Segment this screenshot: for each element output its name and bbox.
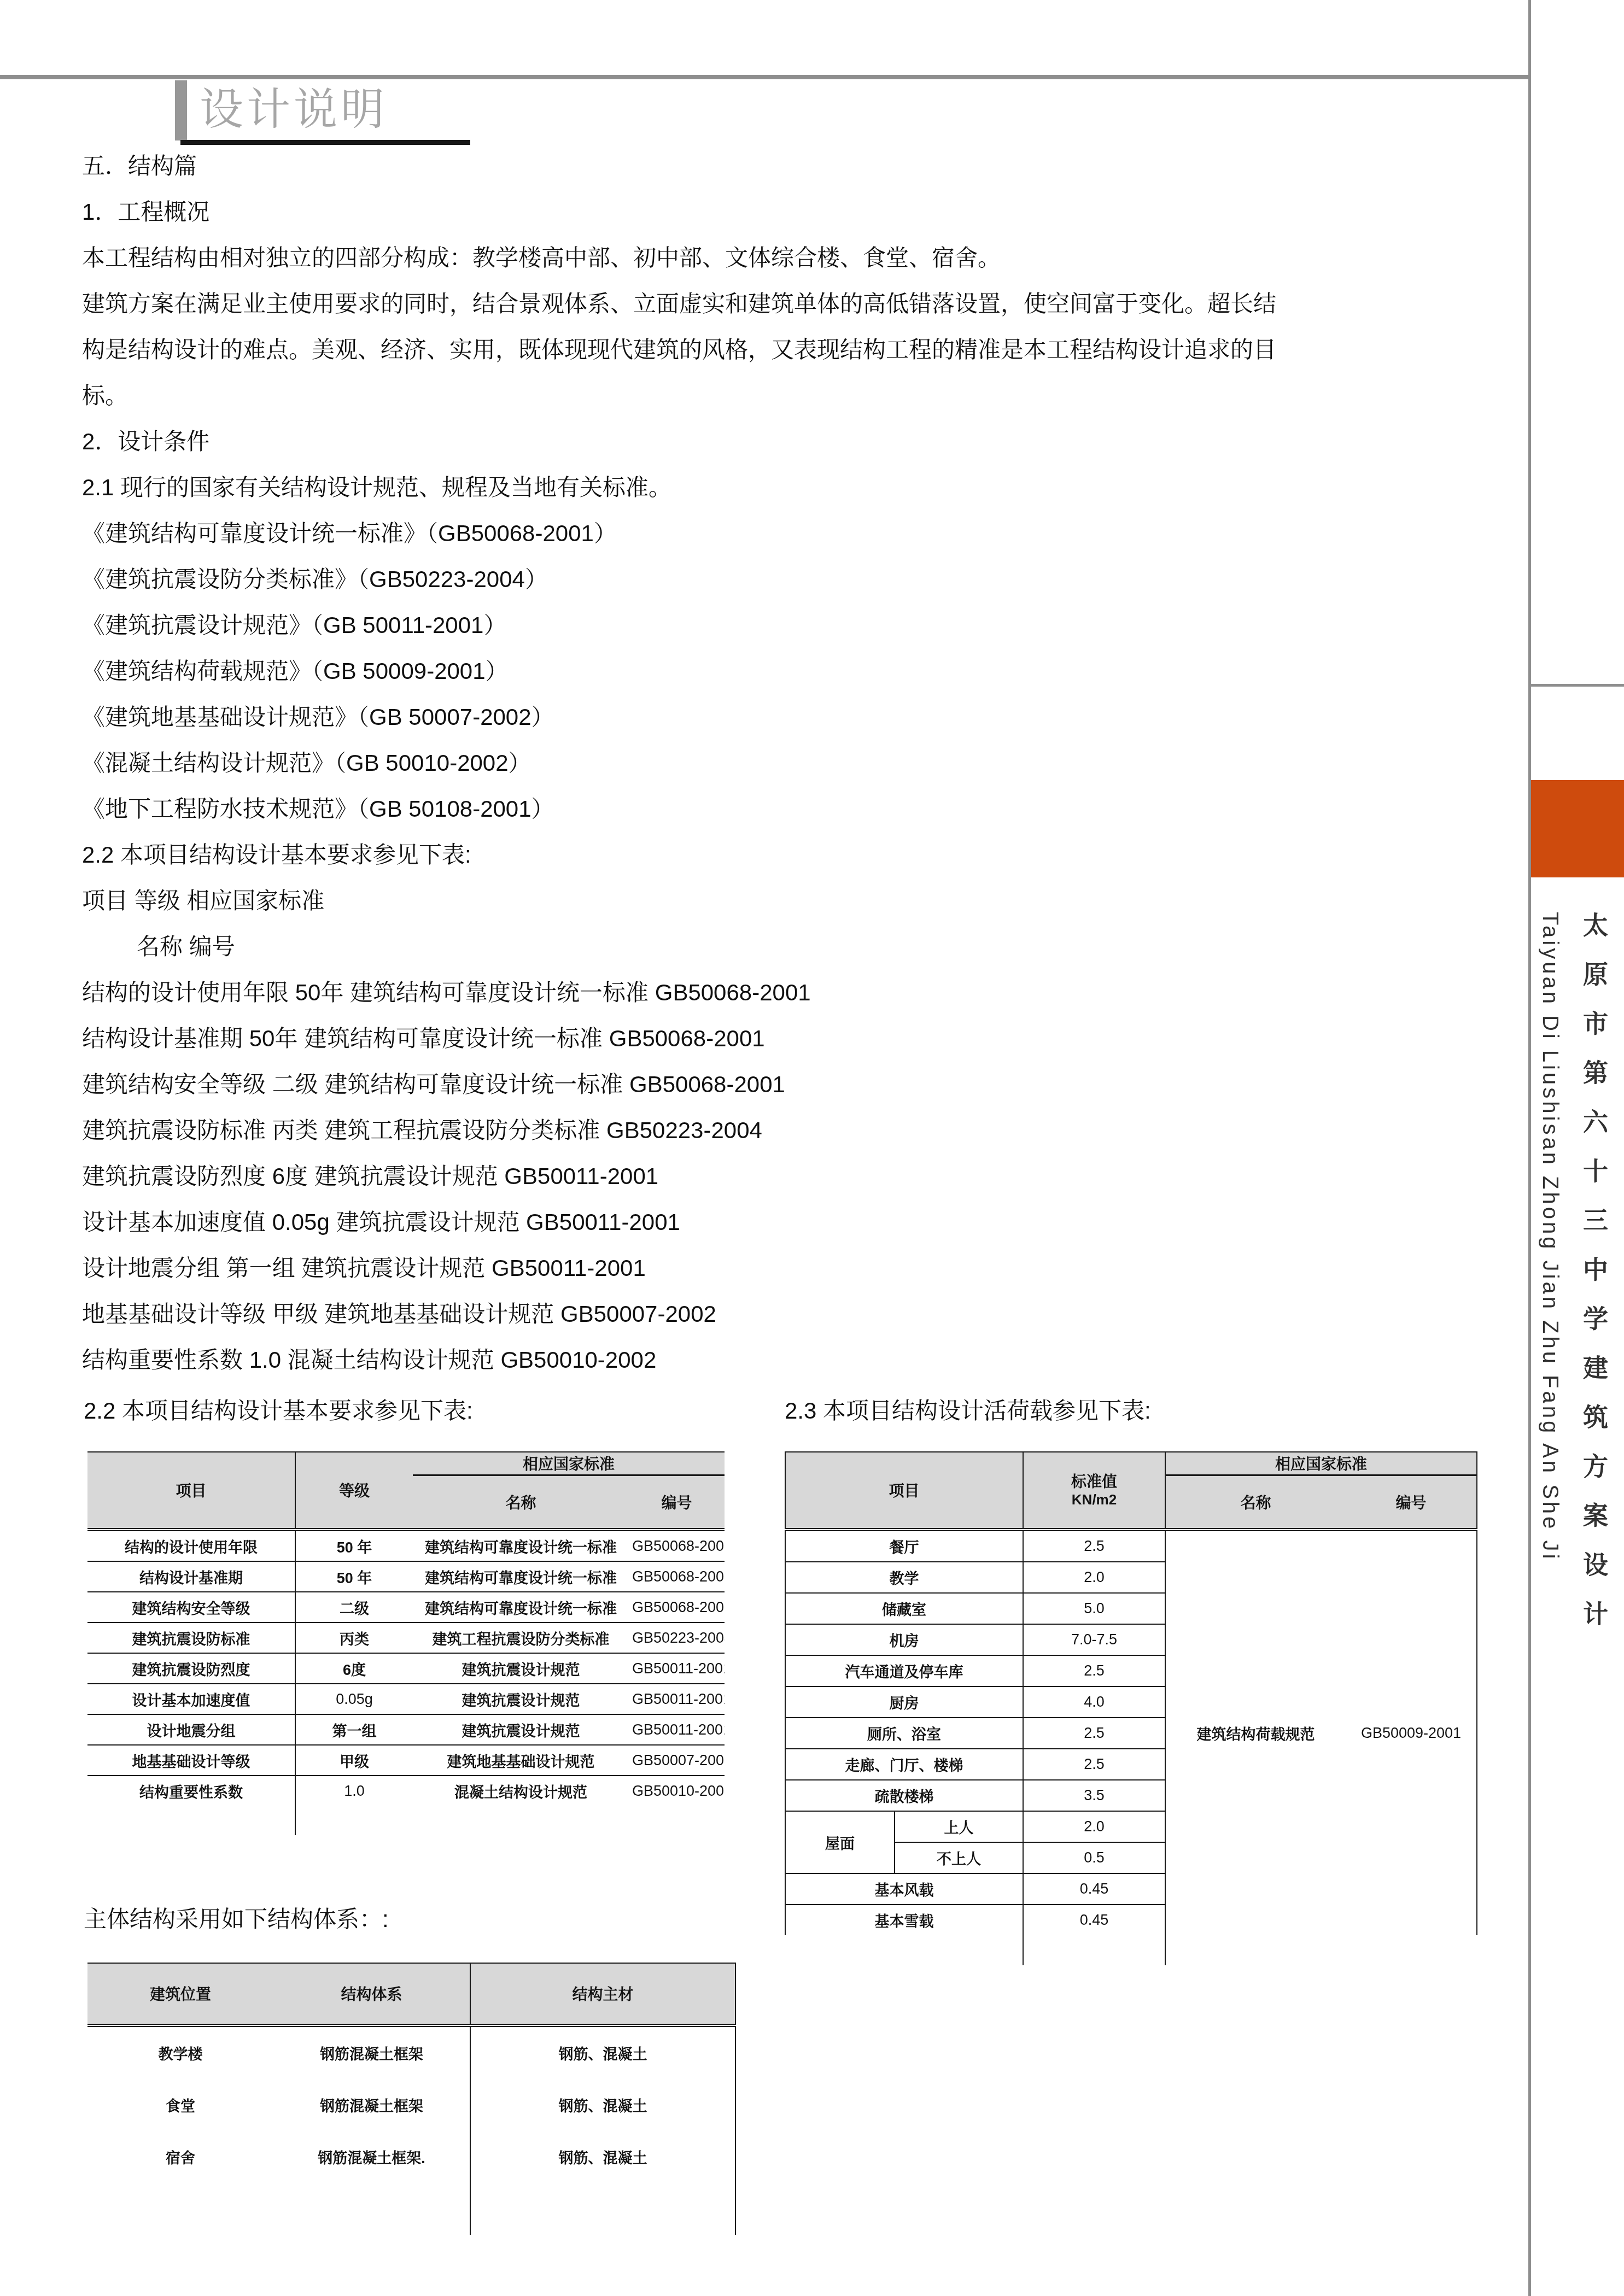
name-cell: 建筑抗震设计规范	[413, 1714, 629, 1745]
sidebar-divider	[1528, 0, 1531, 2296]
load-item-cell: 厕所、浴室	[785, 1718, 1023, 1749]
section-heading-left: 2.2 本项目结构设计基本要求参见下表:	[84, 1393, 473, 1426]
table-tail	[87, 1806, 725, 1835]
text-line: 《混凝土结构设计规范》（GB 50010-2002）	[82, 740, 1526, 786]
col-header-standard: 相应国家标准	[413, 1452, 725, 1475]
standard-number-cell: GB50009-2001	[1346, 1530, 1477, 1935]
load-value-cell: 3.5	[1023, 1780, 1165, 1811]
grade-cell: 50 年	[295, 1530, 413, 1561]
grade-cell: 50 年	[295, 1561, 413, 1592]
sidebar-title-pinyin: Taiyuan Di Liushisan Zhong Jian Zhu Fang…	[1538, 912, 1562, 1561]
load-value-cell: 2.0	[1023, 1811, 1165, 1842]
load-item-cell: 汽车通道及停车库	[785, 1655, 1023, 1686]
load-value-cell: 2.0	[1023, 1562, 1165, 1593]
roof-cell: 屋面	[785, 1811, 895, 1873]
tail-cell	[629, 1806, 725, 1835]
tail-cell	[413, 1806, 629, 1835]
number-cell: GB50068-2001	[629, 1530, 725, 1561]
table-row: 结构设计基准期 50 年 建筑结构可靠度设计统一标准 GB50068-2001	[87, 1561, 725, 1592]
sidebar-title-cn: 太原市第六十三中学建筑方案设计	[1576, 912, 1612, 1650]
position-cell: 宿舍	[87, 2131, 273, 2183]
tail-cell	[785, 1935, 1023, 1965]
number-cell: GB50010-2002	[629, 1776, 725, 1806]
item-cell: 建筑抗震设防烈度	[87, 1653, 295, 1684]
roof-sub-cell: 上人	[895, 1811, 1023, 1842]
text-line: 名称 编号	[82, 924, 1526, 970]
load-item-cell: 基本风载	[785, 1873, 1023, 1905]
grade-cell: 6度	[295, 1653, 413, 1684]
material-cell: 钢筋、混凝土	[470, 2131, 735, 2183]
load-value-cell: 2.5	[1023, 1718, 1165, 1749]
sidebar-horizontal-rule	[1528, 684, 1624, 687]
text-line: 项目 等级 相应国家标准	[82, 878, 1526, 924]
text-line: 建筑抗震设防标准 丙类 建筑工程抗震设防分类标准 GB50223-2004	[82, 1108, 1526, 1153]
tail-cell	[87, 1806, 295, 1835]
document-page: 设计说明 五．结构篇 1．工程概况 本工程结构由相对独立的四部分构成：教学楼高中…	[0, 0, 1624, 2296]
load-item-cell: 机房	[785, 1624, 1023, 1655]
tail-cell	[1023, 1935, 1165, 1965]
name-cell: 建筑抗震设计规范	[413, 1684, 629, 1714]
number-cell: GB50011-2001	[629, 1714, 725, 1745]
col-header-item: 项目	[785, 1452, 1023, 1530]
section-heading-right: 2.3 本项目结构设计活荷载参见下表:	[785, 1393, 1151, 1426]
text-line: 2.1 现行的国家有关结构设计规范、规程及当地有关标准。	[82, 465, 1526, 511]
text-line: 结构设计基准期 50年 建筑结构可靠度设计统一标准 GB50068-2001	[82, 1016, 1526, 1062]
table-row: 结构重要性系数 1.0 混凝土结构设计规范 GB50010-2002	[87, 1776, 725, 1806]
text-line: 《建筑结构可靠度设计统一标准》（GB50068-2001）	[82, 511, 1526, 557]
material-cell: 钢筋、混凝土	[470, 2025, 735, 2079]
text-line: 结构重要性系数 1.0 混凝土结构设计规范 GB50010-2002	[82, 1337, 1526, 1383]
load-item-cell: 基本雪载	[785, 1905, 1023, 1935]
load-value-cell: 0.5	[1023, 1842, 1165, 1873]
grade-cell: 丙类	[295, 1623, 413, 1653]
load-value-cell: 7.0-7.5	[1023, 1624, 1165, 1655]
col-header-name: 名称	[1165, 1475, 1346, 1530]
name-cell: 建筑结构可靠度设计统一标准	[413, 1592, 629, 1623]
number-cell: GB50011-2001	[629, 1684, 725, 1714]
requirements-table: 项目 等级 相应国家标准 名称 编号 结构的设计使用年限 50 年 建筑结构可靠…	[87, 1451, 725, 1835]
name-cell: 建筑抗震设计规范	[413, 1653, 629, 1684]
structure-system-table: 建筑位置 结构体系 结构主材 教学楼 钢筋混凝土框架 钢筋、混凝土 食堂 钢筋混…	[87, 1963, 736, 2235]
table-row: 建筑抗震设防标准 丙类 建筑工程抗震设防分类标准 GB50223-2004	[87, 1623, 725, 1653]
grade-cell: 第一组	[295, 1714, 413, 1745]
name-cell: 建筑结构可靠度设计统一标准	[413, 1561, 629, 1592]
text-line: 本工程结构由相对独立的四部分构成：教学楼高中部、初中部、文体综合楼、食堂、宿舍。	[82, 235, 1526, 281]
col-header-grade: 等级	[295, 1452, 413, 1530]
tail-cell	[273, 2183, 470, 2235]
title-accent-bar	[175, 80, 187, 140]
text-line: 设计基本加速度值 0.05g 建筑抗震设计规范 GB50011-2001	[82, 1199, 1526, 1245]
position-cell: 食堂	[87, 2079, 273, 2131]
item-cell: 结构重要性系数	[87, 1776, 295, 1806]
grade-cell: 1.0	[295, 1776, 413, 1806]
item-cell: 地基基础设计等级	[87, 1745, 295, 1776]
item-cell: 结构设计基准期	[87, 1561, 295, 1592]
table-row: 地基基础设计等级 甲级 建筑地基基础设计规范 GB50007-2002	[87, 1745, 725, 1776]
position-cell: 教学楼	[87, 2025, 273, 2079]
grade-cell: 0.05g	[295, 1684, 413, 1714]
number-cell: GB50068-2001	[629, 1592, 725, 1623]
material-cell: 钢筋、混凝土	[470, 2079, 735, 2131]
item-cell: 建筑结构安全等级	[87, 1592, 295, 1623]
load-item-cell: 餐厅	[785, 1530, 1023, 1562]
table-row: 食堂 钢筋混凝土框架 钢筋、混凝土	[87, 2079, 735, 2131]
table-tail	[785, 1935, 1477, 1965]
col-header-standard: 相应国家标准	[1165, 1452, 1477, 1475]
tail-cell	[470, 2183, 735, 2235]
text-line: 建筑结构安全等级 二级 建筑结构可靠度设计统一标准 GB50068-2001	[82, 1062, 1526, 1108]
number-cell: GB50223-2004	[629, 1623, 725, 1653]
table-header-row: 建筑位置 结构体系 结构主材	[87, 1963, 735, 2025]
load-value-cell: 4.0	[1023, 1686, 1165, 1718]
system-cell: 钢筋混凝土框架	[273, 2025, 470, 2079]
load-value-cell: 0.45	[1023, 1905, 1165, 1935]
number-cell: GB50011-2001	[629, 1653, 725, 1684]
text-line: 构是结构设计的难点。美观、经济、实用，既体现现代建筑的风格，又表现结构工程的精准…	[82, 327, 1526, 373]
table-row: 建筑结构安全等级 二级 建筑结构可靠度设计统一标准 GB50068-2001	[87, 1592, 725, 1623]
page-title: 设计说明	[200, 82, 388, 137]
text-line: 《建筑抗震设防分类标准》（GB50223-2004）	[82, 557, 1526, 602]
number-cell: GB50007-2002	[629, 1745, 725, 1776]
col-header-value: 标准值 KN/m2	[1023, 1452, 1165, 1530]
table-tail	[87, 2183, 735, 2235]
load-value-cell: 2.5	[1023, 1749, 1165, 1780]
text-line: 建筑方案在满足业主使用要求的同时，结合景观体系、立面虚实和建筑单体的高低错落设置…	[82, 281, 1526, 327]
tail-cell	[295, 1806, 413, 1835]
grade-cell: 二级	[295, 1592, 413, 1623]
text-line: 《建筑地基基础设计规范》（GB 50007-2002）	[82, 694, 1526, 740]
load-item-cell: 教学	[785, 1562, 1023, 1593]
item-cell: 建筑抗震设防标准	[87, 1623, 295, 1653]
load-value-cell: 2.5	[1023, 1655, 1165, 1686]
number-cell: GB50068-2001	[629, 1561, 725, 1592]
item-cell: 设计地震分组	[87, 1714, 295, 1745]
col-header-number: 编号	[629, 1475, 725, 1530]
table-row: 设计地震分组 第一组 建筑抗震设计规范 GB50011-2001	[87, 1714, 725, 1745]
table-row: 建筑抗震设防烈度 6度 建筑抗震设计规范 GB50011-2001	[87, 1653, 725, 1684]
name-cell: 建筑结构可靠度设计统一标准	[413, 1530, 629, 1561]
name-cell: 建筑地基基础设计规范	[413, 1745, 629, 1776]
table-row: 餐厅 2.5 建筑结构荷载规范 GB50009-2001	[785, 1530, 1477, 1562]
name-cell: 建筑工程抗震设防分类标准	[413, 1623, 629, 1653]
load-value-cell: 5.0	[1023, 1593, 1165, 1624]
structure-heading: 主体结构采用如下结构体系：:	[84, 1901, 389, 1934]
text-line: 1．工程概况	[82, 189, 1526, 235]
text-line: 地基基础设计等级 甲级 建筑地基基础设计规范 GB50007-2002	[82, 1291, 1526, 1337]
item-cell: 结构的设计使用年限	[87, 1530, 295, 1561]
col-header-position: 建筑位置	[87, 1963, 273, 2025]
col-header-material: 结构主材	[470, 1963, 735, 2025]
col-header-system: 结构体系	[273, 1963, 470, 2025]
system-cell: 钢筋混凝土框架	[273, 2079, 470, 2131]
table-row: 宿舍 钢筋混凝土框架. 钢筋、混凝土	[87, 2131, 735, 2183]
sidebar-accent-block	[1531, 780, 1624, 877]
text-line: 《建筑抗震设计规范》（GB 50011-2001）	[82, 602, 1526, 648]
col-header-number: 编号	[1346, 1475, 1477, 1530]
table-row: 教学楼 钢筋混凝土框架 钢筋、混凝土	[87, 2025, 735, 2079]
tail-cell	[1346, 1935, 1477, 1965]
header-rule	[0, 75, 1531, 79]
value-label: 标准值	[1027, 1473, 1161, 1491]
name-cell: 混凝土结构设计规范	[413, 1776, 629, 1806]
text-line: 结构的设计使用年限 50年 建筑结构可靠度设计统一标准 GB50068-2001	[82, 970, 1526, 1016]
item-cell: 设计基本加速度值	[87, 1684, 295, 1714]
text-line: 《地下工程防水技术规范》（GB 50108-2001）	[82, 786, 1526, 832]
standard-name-cell: 建筑结构荷载规范	[1165, 1530, 1346, 1935]
value-unit: KN/m2	[1027, 1491, 1161, 1508]
text-line: 2.2 本项目结构设计基本要求参见下表:	[82, 832, 1526, 878]
text-line: 建筑抗震设防烈度 6度 建筑抗震设计规范 GB50011-2001	[82, 1153, 1526, 1199]
table-row: 设计基本加速度值 0.05g 建筑抗震设计规范 GB50011-2001	[87, 1684, 725, 1714]
roof-sub-cell: 不上人	[895, 1842, 1023, 1873]
body-text: 五．结构篇 1．工程概况 本工程结构由相对独立的四部分构成：教学楼高中部、初中部…	[82, 143, 1526, 1383]
system-cell: 钢筋混凝土框架.	[273, 2131, 470, 2183]
table-row: 结构的设计使用年限 50 年 建筑结构可靠度设计统一标准 GB50068-200…	[87, 1530, 725, 1561]
load-item-cell: 疏散楼梯	[785, 1780, 1023, 1811]
text-line: 五．结构篇	[82, 143, 1526, 189]
load-item-cell: 走廊、门厅、楼梯	[785, 1749, 1023, 1780]
live-load-table: 项目 标准值 KN/m2 相应国家标准 名称 编号 餐厅 2.5 建筑结构荷载规…	[785, 1451, 1477, 1965]
load-item-cell: 厨房	[785, 1686, 1023, 1718]
text-line: 标。	[82, 373, 1526, 419]
text-line: 2．设计条件	[82, 419, 1526, 465]
tail-cell	[87, 2183, 273, 2235]
col-header-name: 名称	[413, 1475, 629, 1530]
load-value-cell: 2.5	[1023, 1530, 1165, 1562]
grade-cell: 甲级	[295, 1745, 413, 1776]
text-line: 设计地震分组 第一组 建筑抗震设计规范 GB50011-2001	[82, 1245, 1526, 1291]
table-header-row: 项目 标准值 KN/m2 相应国家标准	[785, 1452, 1477, 1475]
col-header-item: 项目	[87, 1452, 295, 1530]
text-line: 《建筑结构荷载规范》（GB 50009-2001）	[82, 648, 1526, 694]
load-item-cell: 储藏室	[785, 1593, 1023, 1624]
tail-cell	[1165, 1935, 1346, 1965]
table-header-row: 项目 等级 相应国家标准	[87, 1452, 725, 1475]
load-value-cell: 0.45	[1023, 1873, 1165, 1905]
